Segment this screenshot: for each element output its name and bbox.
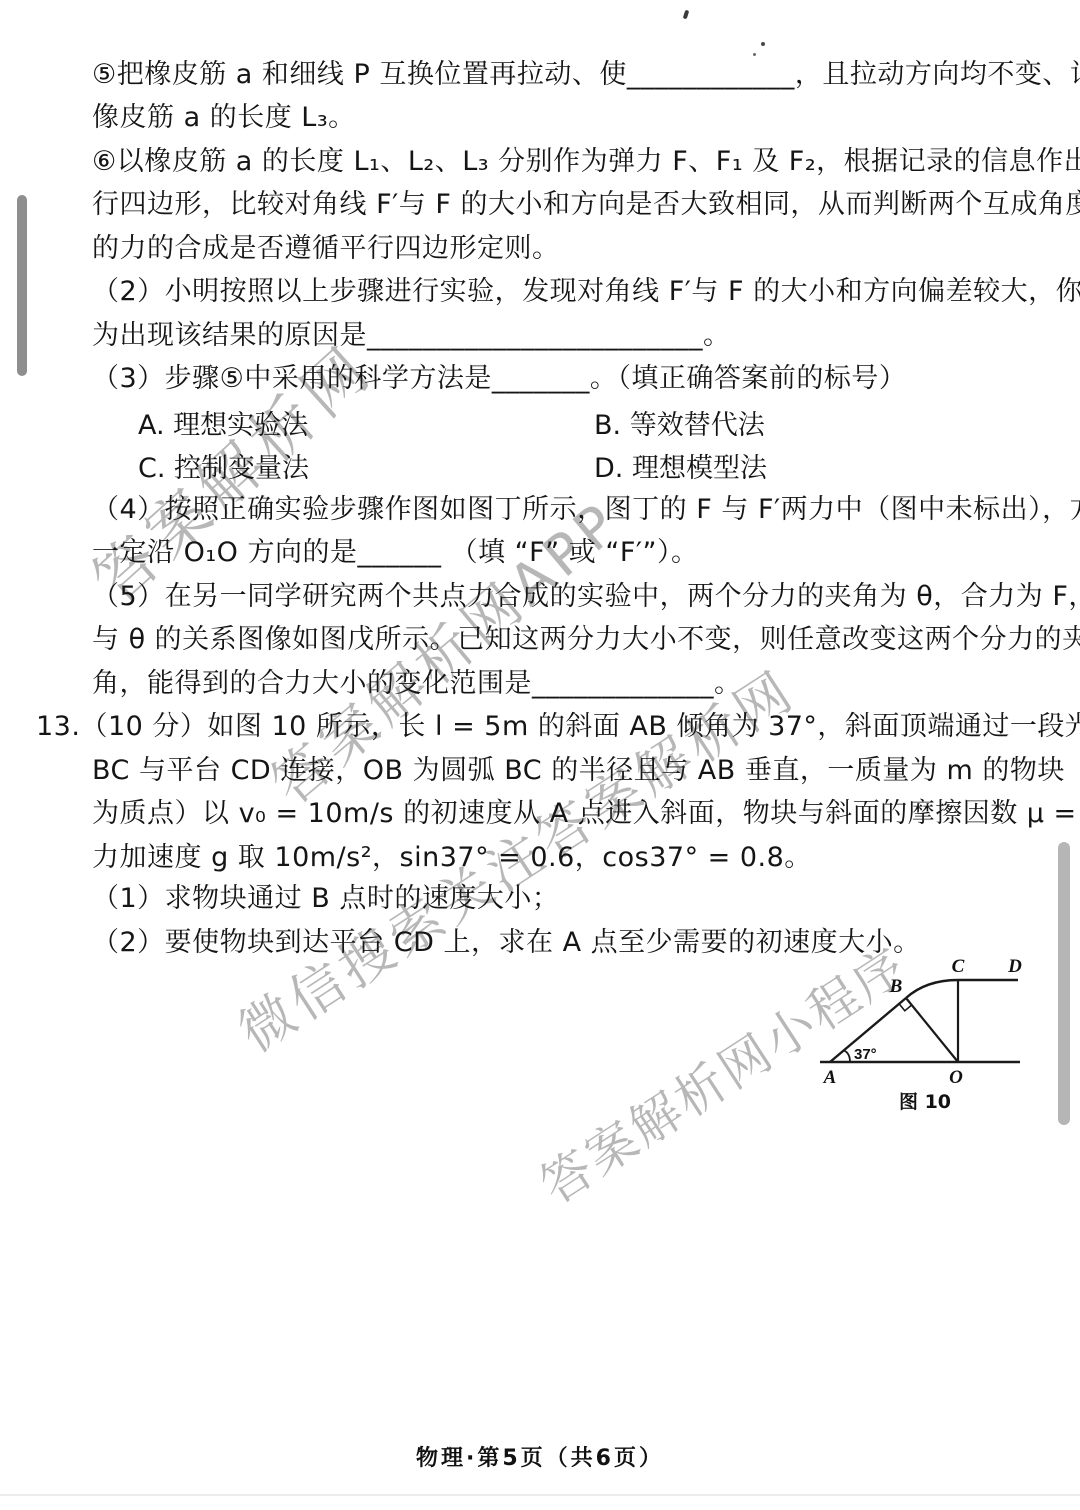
scan-speck: [683, 10, 690, 20]
right-angle-mark: [899, 1004, 912, 1011]
line-q5: （5）在另一同学研究两个共点力合成的实验中，两个分力的夹角为 θ，合力为 F，F: [92, 577, 1080, 617]
line-q13: 13.（10 分）如图 10 所示，长 l = 5m 的斜面 AB 倾角为 37…: [36, 707, 1080, 747]
line-step6: ⑥以橡皮筋 a 的长度 L₁、L₂、L₃ 分别作为弹力 F、F₁ 及 F₂，根据…: [92, 142, 1080, 182]
scan-speck: [761, 42, 765, 46]
line-step5-cont: 像皮筋 a 的长度 L₃。: [92, 98, 356, 138]
option-c: C. 控制变量法: [138, 446, 309, 485]
option-a: A. 理想实验法: [138, 403, 308, 442]
angle-arc: [844, 1050, 850, 1062]
figure-caption: 图 10: [899, 1091, 951, 1113]
line-step6-cont2: 的力的合成是否遵循平行四边形定则。: [92, 229, 560, 269]
line-q13-cont2: 为质点）以 v₀ = 10m/s 的初速度从 A 点进入斜面，物块与斜面的摩擦因…: [92, 794, 1080, 834]
label-O: O: [949, 1067, 963, 1088]
line-q5-cont2: 角，能得到的合力大小的变化范围是_____________。: [92, 664, 742, 704]
label-D: D: [1007, 956, 1022, 977]
scan-edge-line: [0, 1494, 1080, 1496]
line-step5: ⑤把橡皮筋 a 和细线 P 互换位置再拉动、使____________，且拉动方…: [92, 55, 1080, 95]
figure-10: A B C D O 37° 图 10: [788, 952, 1033, 1117]
label-C: C: [952, 956, 965, 977]
line-q2-cont: 为出现该结果的原因是________________________。: [92, 316, 731, 356]
line-q3: （3）步骤⑤中采用的科学方法是_______。（填正确答案前的标号）: [92, 359, 906, 399]
line-q2: （2）小明按照以上步骤进行实验，发现对角线 F′与 F 的大小和方向偏差较大，你…: [92, 272, 1080, 312]
line-q5-cont1: 与 θ 的关系图像如图戊所示。已知这两分力大小不变，则任意改变这两个分力的夹: [92, 620, 1080, 660]
line-q4: （4）按照正确实验步骤作图如图丁所示，图丁的 F 与 F′两力中（图中未标出），…: [92, 490, 1080, 530]
arc-BC: [906, 980, 958, 998]
line-q4-cont: 一定沿 O₁O 方向的是______ （填 “F” 或 “F′”）。: [92, 533, 698, 573]
radius-OB: [906, 998, 958, 1062]
line-q13-part1: （1）求物块通过 B 点时的速度大小；: [92, 879, 559, 919]
line-step6-cont1: 行四边形，比较对角线 F′与 F 的大小和方向是否大致相同，从而判断两个互成角度: [92, 185, 1080, 225]
line-q13-cont1: BC 与平台 CD 连接，OB 为圆弧 BC 的半径且与 AB 垂直，一质量为 …: [92, 751, 1080, 791]
line-q13-cont3: 力加速度 g 取 10m/s²，sin37° = 0.6，cos37° = 0.…: [92, 838, 812, 878]
left-scroll-indicator[interactable]: [17, 195, 27, 376]
label-B: B: [889, 976, 903, 997]
right-scrollbar-thumb[interactable]: [1058, 842, 1070, 1125]
page-footer: 物理·第5页（共6页）: [0, 1441, 1080, 1472]
angle-37-label: 37°: [854, 1046, 877, 1063]
option-b: B. 等效替代法: [594, 403, 765, 442]
option-d: D. 理想模型法: [594, 446, 767, 485]
label-A: A: [823, 1067, 837, 1088]
